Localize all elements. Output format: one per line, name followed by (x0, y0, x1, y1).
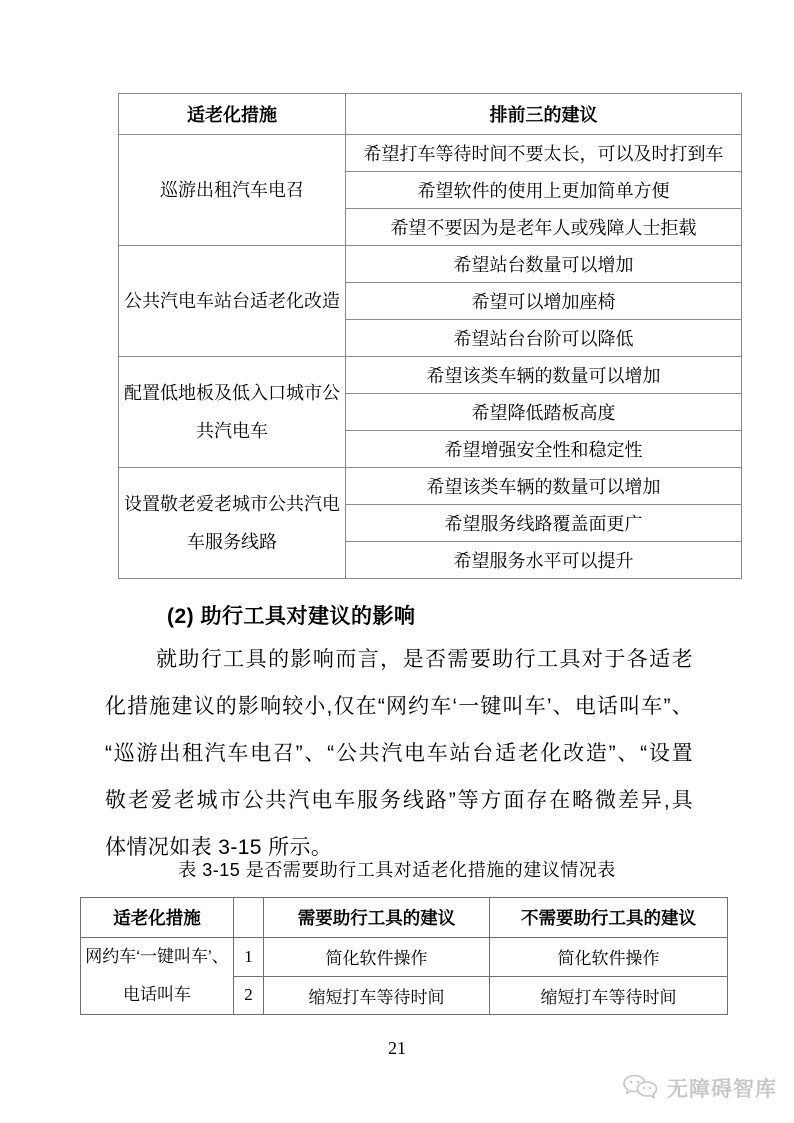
measure-cell: 巡游出租汽车电召 (119, 135, 346, 246)
paragraph-line: 化措施建议的影响较小,仅在“网约车‘一键叫车’、电话叫车”、 (105, 683, 693, 730)
suggestion-cell: 希望服务水平可以提升 (346, 542, 742, 579)
suggestion-cell: 希望该类车辆的数量可以增加 (346, 468, 742, 505)
rank-cell: 2 (234, 976, 264, 1015)
suggestion-cell: 希望不要因为是老年人或残障人士拒载 (346, 209, 742, 246)
column-header-measure: 适老化措施 (119, 94, 346, 135)
suggestion-cell: 希望该类车辆的数量可以增加 (346, 357, 742, 394)
section-heading: (2) 助行工具对建议的影响 (167, 600, 416, 630)
measure-cell: 配置低地板及低入口城市公共汽电车 (119, 357, 346, 468)
column-header-need-aid: 需要助行工具的建议 (264, 898, 490, 938)
no-need-aid-cell: 缩短打车等待时间 (490, 976, 728, 1015)
suggestion-cell: 希望可以增加座椅 (346, 283, 742, 320)
column-header-rank (234, 898, 264, 938)
suggestion-cell: 希望服务线路覆盖面更广 (346, 505, 742, 542)
table-header-row: 适老化措施 排前三的建议 (119, 94, 742, 135)
suggestion-cell: 希望站台数量可以增加 (346, 246, 742, 283)
measure-cell: 网约车‘一键叫车’、电话叫车 (81, 938, 234, 1015)
chat-bubbles-icon (620, 1072, 660, 1104)
body-paragraph: 就助行工具的影响而言，是否需要助行工具对于各适老 化措施建议的影响较小,仅在“网… (105, 636, 693, 871)
page-number: 21 (0, 1038, 794, 1059)
paragraph-line: “巡游出租汽车电召”、“公共汽电车站台适老化改造”、“设置 (105, 730, 693, 777)
column-header-suggestions: 排前三的建议 (346, 94, 742, 135)
measure-cell: 设置敬老爱老城市公共汽电车服务线路 (119, 468, 346, 579)
suggestion-cell: 希望降低踏板高度 (346, 394, 742, 431)
suggestion-cell: 希望打车等待时间不要太长，可以及时打到车 (346, 135, 742, 172)
table-row: 巡游出租汽车电召 希望打车等待时间不要太长，可以及时打到车 (119, 135, 742, 172)
table-caption: 表 3-15 是否需要助行工具对适老化措施的建议情况表 (0, 856, 794, 882)
table-row: 公共汽电车站台适老化改造 希望站台数量可以增加 (119, 246, 742, 283)
table-header-row: 适老化措施 需要助行工具的建议 不需要助行工具的建议 (81, 898, 728, 938)
document-page: 适老化措施 排前三的建议 巡游出租汽车电召 希望打车等待时间不要太长，可以及时打… (0, 0, 794, 1123)
suggestion-cell: 希望软件的使用上更加简单方便 (346, 172, 742, 209)
top-three-suggestions-table: 适老化措施 排前三的建议 巡游出租汽车电召 希望打车等待时间不要太长，可以及时打… (118, 93, 742, 579)
no-need-aid-cell: 简化软件操作 (490, 938, 728, 977)
measure-cell: 公共汽电车站台适老化改造 (119, 246, 346, 357)
suggestion-cell: 希望站台台阶可以降低 (346, 320, 742, 357)
need-aid-cell: 简化软件操作 (264, 938, 490, 977)
column-header-measure: 适老化措施 (81, 898, 234, 938)
paragraph-line: 敬老爱老城市公共汽电车服务线路”等方面存在略微差异,具 (105, 777, 693, 824)
table-row: 网约车‘一键叫车’、电话叫车 1 简化软件操作 简化软件操作 (81, 938, 728, 977)
watermark: 无障碍智库 (620, 1071, 777, 1105)
column-header-no-need-aid: 不需要助行工具的建议 (490, 898, 728, 938)
watermark-label: 无障碍智库 (667, 1073, 777, 1103)
walking-aid-suggestions-table: 适老化措施 需要助行工具的建议 不需要助行工具的建议 网约车‘一键叫车’、电话叫… (80, 897, 728, 1015)
paragraph-line: 就助行工具的影响而言，是否需要助行工具对于各适老 (105, 636, 693, 683)
table-row: 配置低地板及低入口城市公共汽电车 希望该类车辆的数量可以增加 (119, 357, 742, 394)
suggestion-cell: 希望增强安全性和稳定性 (346, 431, 742, 468)
need-aid-cell: 缩短打车等待时间 (264, 976, 490, 1015)
rank-cell: 1 (234, 938, 264, 977)
table-row: 设置敬老爱老城市公共汽电车服务线路 希望该类车辆的数量可以增加 (119, 468, 742, 505)
